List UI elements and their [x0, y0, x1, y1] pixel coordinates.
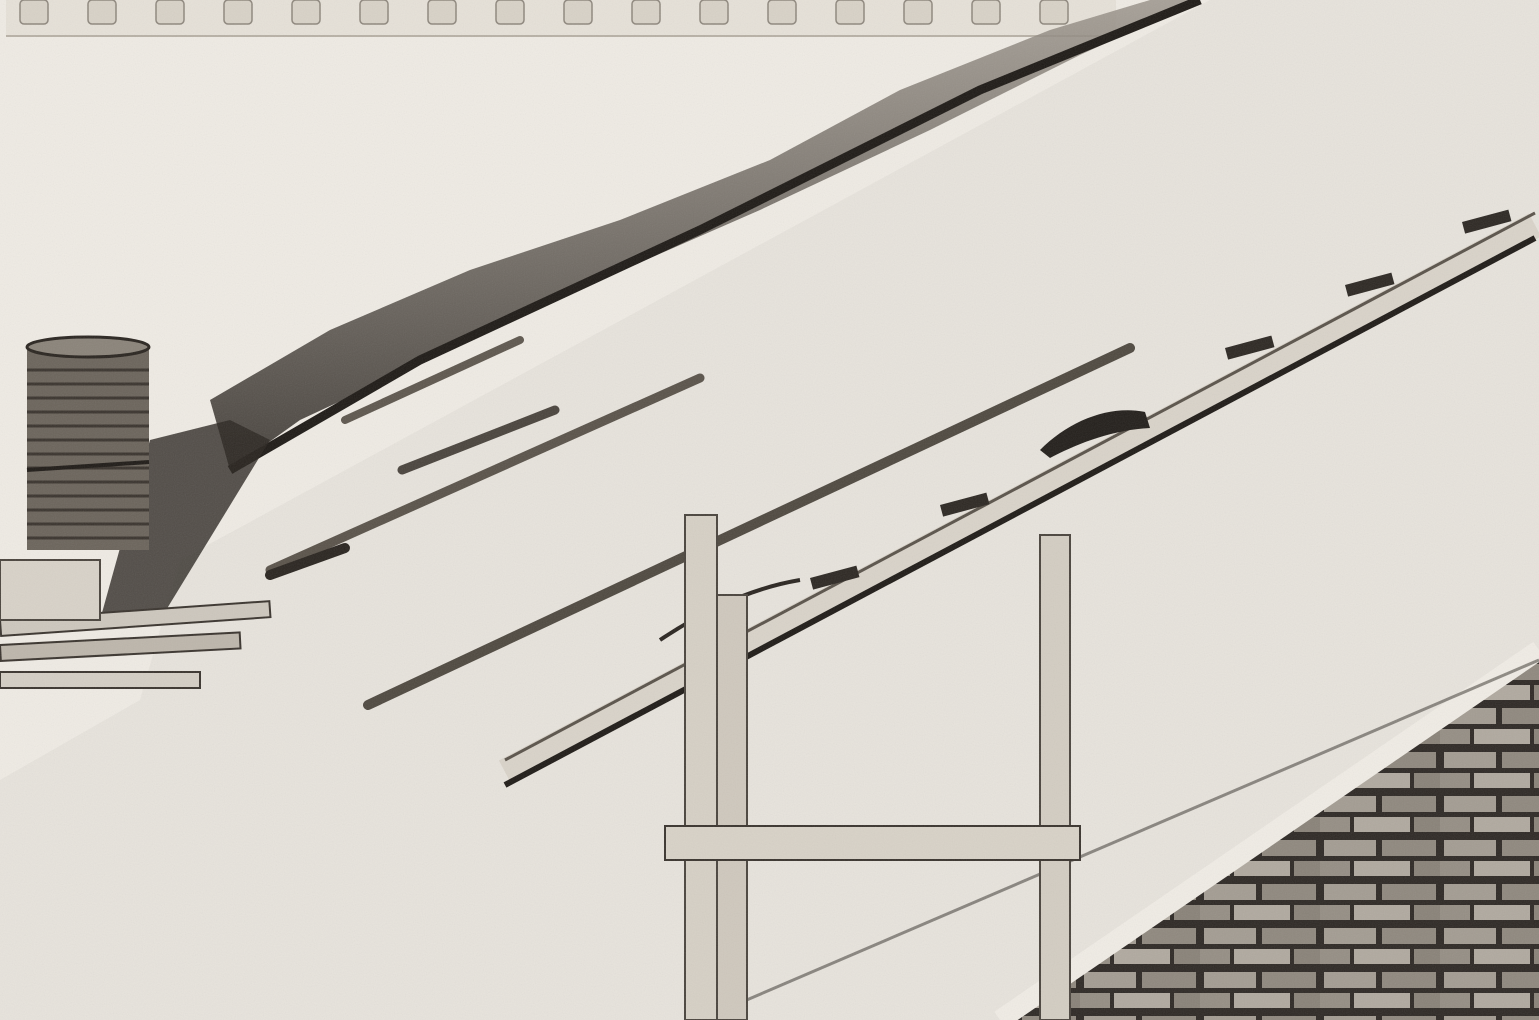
archival-photo [0, 0, 1539, 1020]
photo-scene [0, 0, 1539, 1020]
film-grain [0, 0, 1539, 1020]
